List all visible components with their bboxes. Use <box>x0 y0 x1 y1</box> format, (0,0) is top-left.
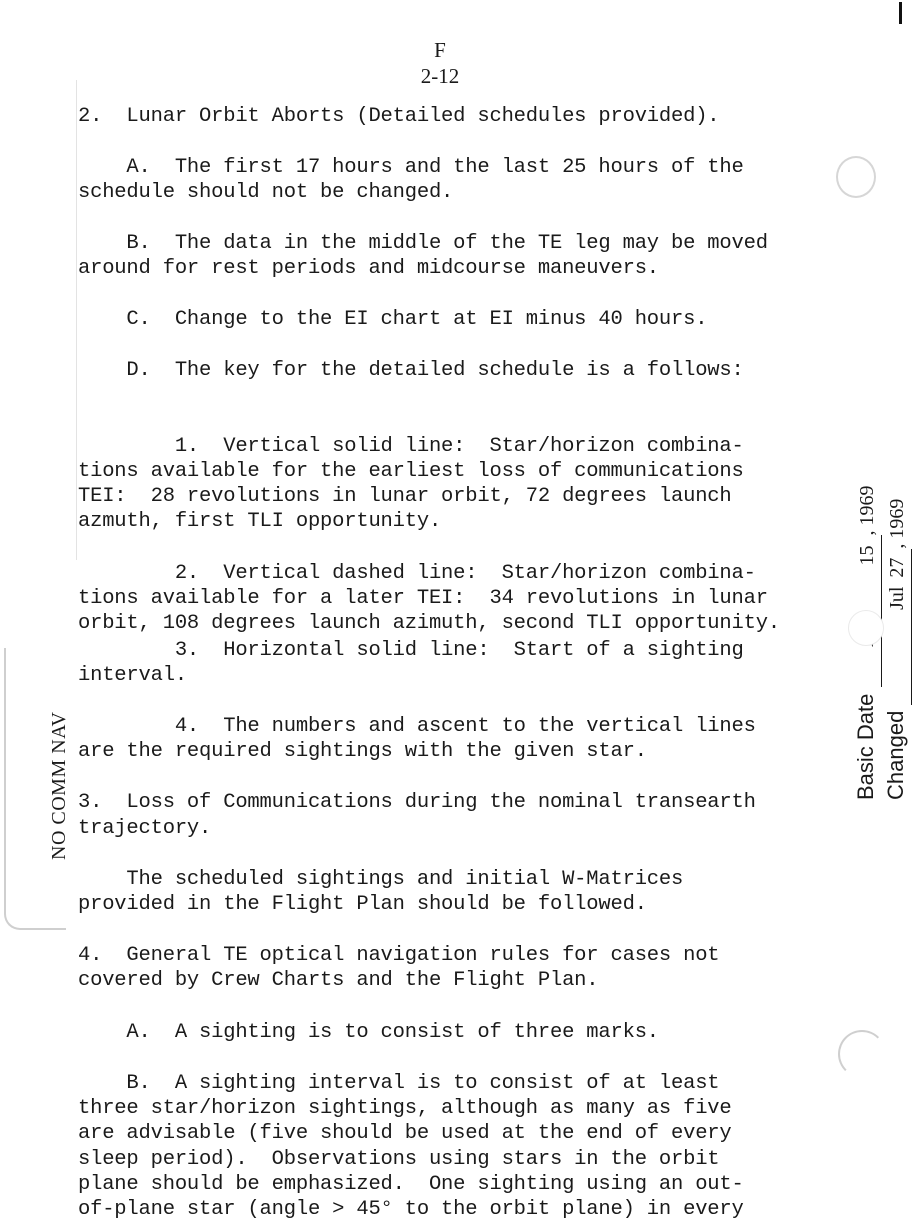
text-line: C. Change to the EI chart at EI minus 40… <box>78 307 707 333</box>
text-line: are the required sightings with the give… <box>78 739 647 765</box>
text-line: tions available for a later TEI: 34 revo… <box>78 586 768 612</box>
changed-year: , 1969 <box>886 499 908 549</box>
text-line: schedule should not be changed. <box>78 180 453 206</box>
text-line: TEI: 28 revolutions in lunar orbit, 72 d… <box>78 484 732 510</box>
text-line: 2. Lunar Orbit Aborts (Detailed schedule… <box>78 104 719 130</box>
text-line: 4. General TE optical navigation rules f… <box>78 943 719 969</box>
tab-label: NO COMM NAV <box>48 712 71 861</box>
changed-month: Jul <box>883 587 912 705</box>
text-line: The scheduled sightings and initial W-Ma… <box>78 867 683 893</box>
text-line: around for rest periods and midcourse ma… <box>78 256 659 282</box>
changed-date-row: Changed Jul27, 1969 <box>882 485 912 800</box>
text-line: trajectory. <box>78 816 211 842</box>
text-line: A. The first 17 hours and the last 25 ho… <box>78 155 744 181</box>
changed-label: Changed <box>883 711 908 800</box>
text-line: A. A sighting is to consist of three mar… <box>78 1020 659 1046</box>
punch-hole-icon <box>838 1030 886 1078</box>
text-line: 1. Vertical solid line: Star/horizon com… <box>78 434 744 460</box>
text-line: 4. The numbers and ascent to the vertica… <box>78 714 756 740</box>
changed-day: 27 <box>883 549 912 587</box>
page-number: 2-12 <box>380 64 500 89</box>
edge-mark <box>899 2 902 24</box>
text-line: 3. Loss of Communications during the nom… <box>78 790 756 816</box>
text-line: 2. Vertical dashed line: Star/horizon co… <box>78 561 756 587</box>
text-line: plane should be emphasized. One sighting… <box>78 1172 744 1198</box>
basic-date-label: Basic Date <box>853 694 878 800</box>
text-line: sleep period). Observations using stars … <box>78 1147 719 1173</box>
text-line: B. The data in the middle of the TE leg … <box>78 231 768 257</box>
text-line: interval. <box>78 663 187 689</box>
text-line: D. The key for the detailed schedule is … <box>78 358 744 384</box>
basic-date-year: , 1969 <box>856 485 878 535</box>
binder-edge <box>76 80 77 560</box>
text-line: provided in the Flight Plan should be fo… <box>78 892 647 918</box>
text-line: tions available for the earliest loss of… <box>78 459 744 485</box>
basic-date-day: 15 <box>853 535 882 575</box>
text-line: 3. Horizontal solid line: Start of a sig… <box>78 638 744 664</box>
text-line: covered by Crew Charts and the Flight Pl… <box>78 968 598 994</box>
punch-hole-icon <box>836 156 876 198</box>
text-line: azmuth, first TLI opportunity. <box>78 509 441 535</box>
text-line: three star/horizon sightings, although a… <box>78 1096 732 1122</box>
text-line: of-plane star (angle > 45° to the orbit … <box>78 1197 744 1223</box>
section-letter: F <box>380 38 500 63</box>
text-line: are advisable (five should be used at th… <box>78 1121 732 1147</box>
punch-hole-icon <box>848 610 884 646</box>
text-line: B. A sighting interval is to consist of … <box>78 1071 719 1097</box>
document-page: F 2-12 2. Lunar Orbit Aborts (Detailed s… <box>0 0 917 1228</box>
text-line: orbit, 108 degrees launch azimuth, secon… <box>78 611 780 637</box>
